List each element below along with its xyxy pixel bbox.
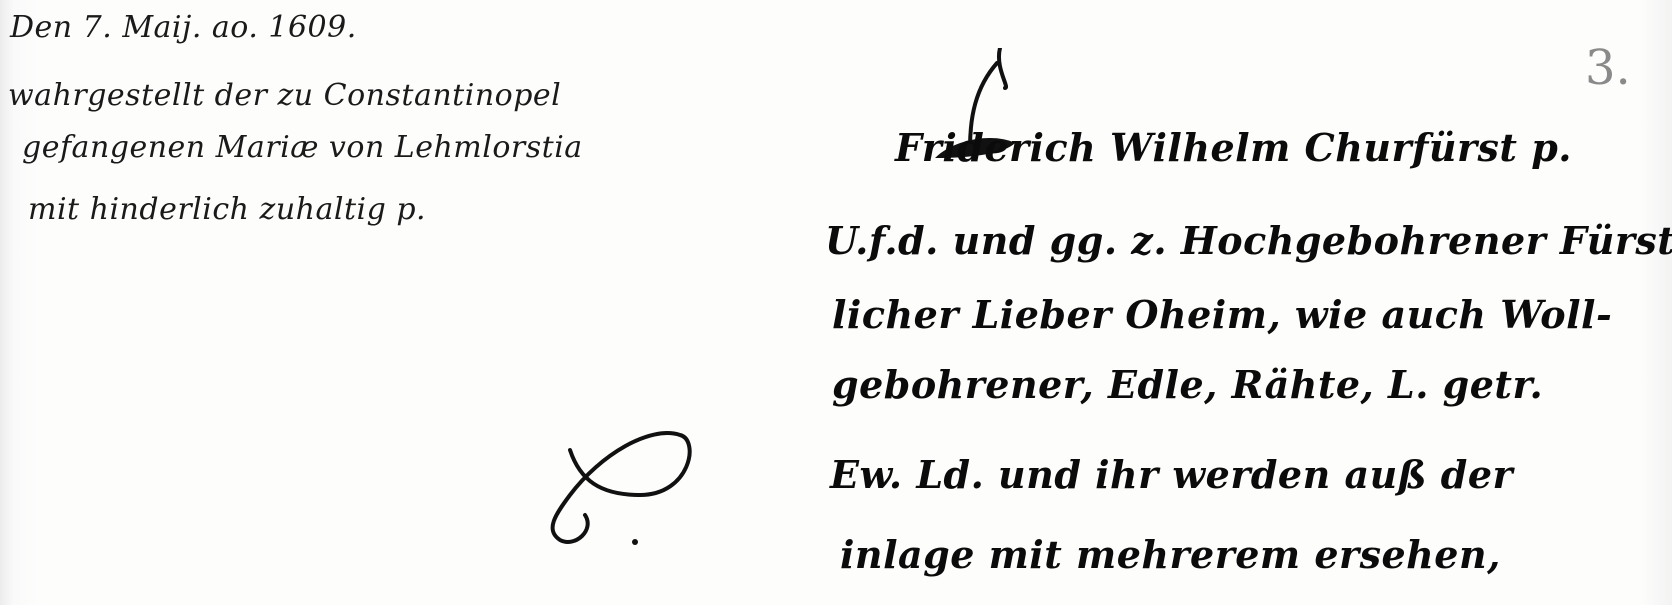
manuscript-page: Den 7. Maij. ao. 1609. wahrgestellt der …	[0, 0, 1672, 605]
letter-line-3: licher Lieber Oheim, wie auch Woll-	[832, 292, 1612, 337]
margin-note-line-2: wahrgestellt der zu Constantinopel	[8, 78, 561, 113]
margin-note-line-4: mit hinderlich zuhaltig p.	[28, 192, 426, 227]
flourish-c-icon	[500, 400, 720, 550]
letter-line-4: gebohrener, Edle, Rähte, L. getr.	[832, 362, 1543, 407]
letter-line-5: Ew. Ld. und ihr werden auß der	[830, 452, 1513, 497]
letter-line-2: U.f.d. und gg. z. Hochgebohrener Fürst, …	[825, 218, 1672, 263]
margin-note-date-line: Den 7. Maij. ao. 1609.	[10, 10, 357, 45]
folio-number: 3.	[1585, 40, 1631, 96]
letter-line-6: inlage mit mehrerem ersehen,	[840, 532, 1501, 577]
letter-salutation-line: Friderich Wilhelm Churfürst p.	[895, 125, 1572, 170]
margin-note-line-3: gefangenen Mariæ von Lehmlorstia	[22, 130, 583, 165]
